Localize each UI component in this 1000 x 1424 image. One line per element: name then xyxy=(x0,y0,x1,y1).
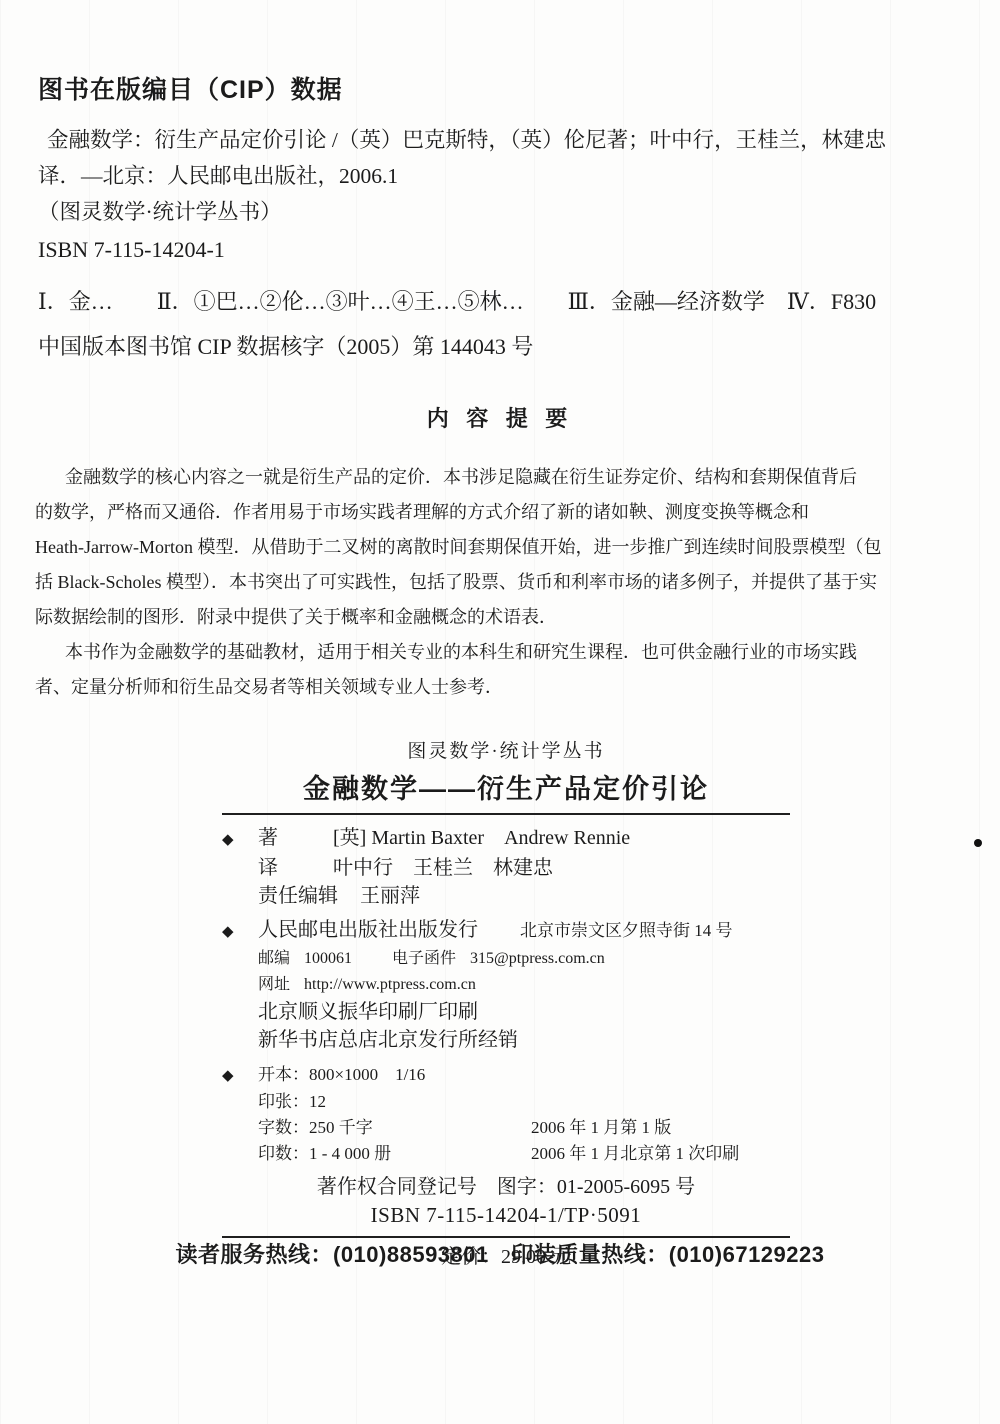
sheets-row: 印张：12 xyxy=(222,1089,790,1115)
translator-row: 译 叶中行 王桂兰 林建忠 xyxy=(222,854,790,882)
book-title: 金融数学——衍生产品定价引论 xyxy=(222,767,790,806)
printer-row: 北京顺义振华印刷厂印刷 xyxy=(222,998,790,1026)
cip-registration: 中国版本图书馆 CIP 数据核字（2005）第 144043 号 xyxy=(38,330,533,361)
isbn-full: ISBN 7-115-14204-1/TP·5091 xyxy=(222,1201,790,1229)
diamond-bullet-icon: ◆ xyxy=(222,826,258,854)
cip-entry-line: （图灵数学·统计学丛书） xyxy=(38,194,968,230)
series-title: 图灵数学·统计学丛书 xyxy=(222,736,790,763)
summary-body: 金融数学的核心内容之一就是衍生产品的定价．本书涉足隐藏在衍生证券定价、结构和套期… xyxy=(35,460,970,705)
postcode-email-row: 邮编 100061 电子函件 315@ptpress.com.cn xyxy=(222,946,790,972)
postcode-label: 邮编 xyxy=(258,946,290,972)
cip-heading: 图书在版编目（CIP）数据 xyxy=(38,70,343,106)
printrun-value: 印数：1 - 4 000 册 xyxy=(258,1141,531,1167)
editor-row: 责任编辑 王丽萍 xyxy=(222,882,790,910)
printer-name: 北京顺义振华印刷厂印刷 xyxy=(258,998,478,1026)
publisher-address: 北京市崇文区夕照寺街 14 号 xyxy=(520,917,733,945)
author-label: 著 xyxy=(258,824,333,852)
cip-isbn: ISBN 7-115-14204-1 xyxy=(38,237,225,263)
format-row: ◆ 开本：800×1000 1/16 xyxy=(222,1062,790,1089)
summary-line: 金融数学的核心内容之一就是衍生产品的定价．本书涉足隐藏在衍生证券定价、结构和套期… xyxy=(35,460,970,495)
cip-entry-line: 译．—北京：人民邮电出版社，2006.1 xyxy=(38,158,968,194)
printrun-row: 印数：1 - 4 000 册 2006 年 1 月北京第 1 次印刷 xyxy=(222,1141,790,1167)
publisher-name: 人民邮电出版社出版发行 xyxy=(258,916,478,944)
summary-line: 际数据绘制的图形．附录中提供了关于概率和金融概念的术语表． xyxy=(35,600,970,635)
colophon-rows: ◆ 著 [英] Martin Baxter Andrew Rennie 译 叶中… xyxy=(222,824,790,1167)
email-label: 电子函件 xyxy=(392,946,456,972)
copyright-registration: 著作权合同登记号 图字：01-2005-6095 号 xyxy=(222,1173,790,1201)
scan-dot-artifact xyxy=(974,839,982,847)
summary-line: 者、定量分析师和衍生品交易者等相关领域专业人士参考． xyxy=(35,670,970,705)
diamond-bullet-icon: ◆ xyxy=(222,1063,258,1089)
editor-value: 王丽萍 xyxy=(360,882,420,910)
distributor-row: 新华书店总店北京发行所经销 xyxy=(222,1026,790,1054)
author-value: [英] Martin Baxter Andrew Rennie xyxy=(333,824,630,852)
postcode-value: 100061 xyxy=(304,946,352,972)
colophon: 图灵数学·统计学丛书 金融数学——衍生产品定价引论 ◆ 著 [英] Martin… xyxy=(222,736,790,1272)
copyright-page: 图书在版编目（CIP）数据 金融数学：衍生产品定价引论 /（英）巴克斯特，（英）… xyxy=(0,0,1000,1424)
wordcount-row: 字数：250 千字 2006 年 1 月第 1 版 xyxy=(222,1115,790,1141)
editor-label: 责任编辑 xyxy=(258,882,338,910)
service-hotline: 读者服务热线：(010)88593801 印装质量热线：(010)6712922… xyxy=(0,1238,1000,1269)
email-value: 315@ptpress.com.cn xyxy=(470,946,605,972)
publisher-row: ◆ 人民邮电出版社出版发行 北京市崇文区夕照寺街 14 号 xyxy=(222,916,790,946)
summary-heading: 内 容 提 要 xyxy=(0,402,1000,433)
diamond-bullet-icon: ◆ xyxy=(222,918,258,946)
cip-entry: 金融数学：衍生产品定价引论 /（英）巴克斯特，（英）伦尼著；叶中行，王桂兰，林建… xyxy=(38,122,968,230)
cip-entry-line: 金融数学：衍生产品定价引论 /（英）巴克斯特，（英）伦尼著；叶中行，王桂兰，林建… xyxy=(38,122,968,158)
summary-line: 本书作为金融数学的基础教材，适用于相关专业的本科生和研究生课程．也可供金融行业的… xyxy=(35,635,970,670)
translator-label: 译 xyxy=(258,854,333,882)
divider-rule-top xyxy=(222,813,790,815)
summary-line: 的数学，严格而又通俗．作者用易于市场实践者理解的方式介绍了新的诸如鞅、测度变换等… xyxy=(35,495,970,530)
cip-classification: Ⅰ．金… Ⅱ．①巴…②伦…③叶…④王…⑤林… Ⅲ．金融—经济数学 Ⅳ．F830 xyxy=(38,285,876,316)
website-row: 网址 http://www.ptpress.com.cn xyxy=(222,972,790,998)
translator-value: 叶中行 王桂兰 林建忠 xyxy=(333,854,553,882)
website-value: http://www.ptpress.com.cn xyxy=(304,972,476,998)
sheets-value: 印张：12 xyxy=(258,1089,326,1115)
wordcount-value: 字数：250 千字 xyxy=(258,1115,531,1141)
summary-line: 括 Black-Scholes 模型）．本书突出了可实践性，包括了股票、货币和利… xyxy=(35,565,970,600)
edition-note: 2006 年 1 月第 1 版 xyxy=(531,1115,671,1141)
printing-note: 2006 年 1 月北京第 1 次印刷 xyxy=(531,1141,739,1167)
format-value: 开本：800×1000 1/16 xyxy=(258,1062,425,1088)
author-row: ◆ 著 [英] Martin Baxter Andrew Rennie xyxy=(222,824,790,854)
website-label: 网址 xyxy=(258,972,290,998)
summary-line: Heath-Jarrow-Morton 模型．从借助于二叉树的离散时间套期保值开… xyxy=(35,530,970,565)
distributor-name: 新华书店总店北京发行所经销 xyxy=(258,1026,518,1054)
